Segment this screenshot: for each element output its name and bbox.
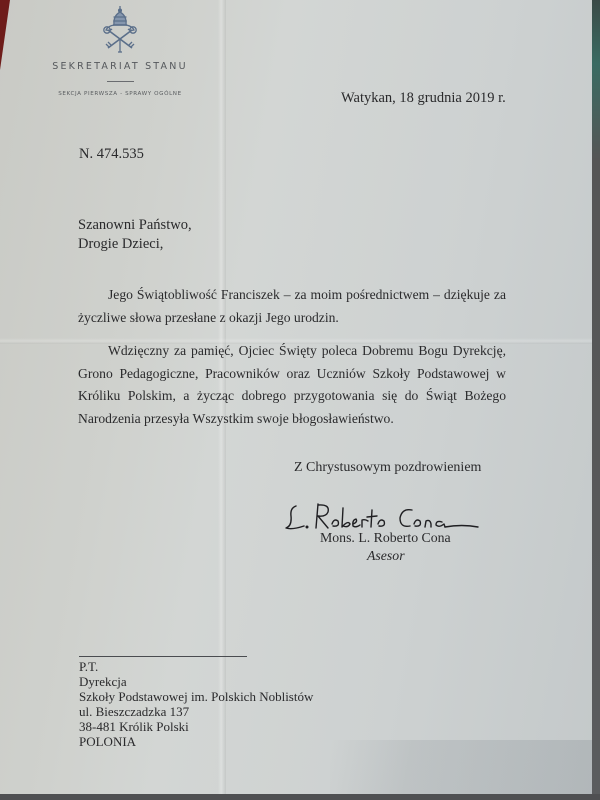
background-right-edge	[592, 0, 600, 800]
address-line: POLONIA	[79, 734, 313, 749]
address-line: ul. Bieszczadzka 137	[79, 704, 313, 719]
body-paragraph-1: Jego Świątobliwość Franciszek – za moim …	[78, 284, 506, 329]
address-line: Szkoły Podstawowej im. Polskich Noblistó…	[79, 689, 313, 704]
address-line: P.T.	[79, 659, 313, 674]
papal-tiara-crossed-keys-icon	[98, 4, 142, 54]
salutation-line-1: Szanowni Państwo,	[78, 216, 192, 235]
letter-paper: SEKRETARIAT STANU SEKCJA PIERWSZA - SPRA…	[0, 0, 592, 795]
closing-phrase: Z Chrystusowym pozdrowieniem	[294, 460, 481, 476]
address-line: 38-481 Królik Polski	[79, 719, 313, 734]
letterhead: SEKRETARIAT STANU SEKCJA PIERWSZA - SPRA…	[30, 4, 210, 97]
address-line: Dyrekcja	[79, 674, 313, 689]
reference-number: N. 474.535	[79, 146, 144, 163]
letterhead-divider	[107, 81, 134, 82]
paragraph-1-text: Jego Świątobliwość Franciszek – za moim …	[78, 287, 506, 325]
paragraph-2-text: Wdzięczny za pamięć, Ojciec Święty polec…	[78, 343, 506, 426]
address-divider	[79, 656, 247, 657]
background-bottom-edge	[0, 794, 600, 800]
department-name: SEKRETARIAT STANU	[30, 61, 210, 72]
signer-title: Asesor	[367, 548, 405, 564]
salutation: Szanowni Państwo, Drogie Dzieci,	[78, 216, 192, 254]
shadow-region	[330, 740, 592, 795]
section-name: SEKCJA PIERWSZA - SPRAWY OGÓLNE	[30, 91, 210, 97]
salutation-line-2: Drogie Dzieci,	[78, 235, 192, 254]
signer-name: Mons. L. Roberto Cona	[320, 530, 451, 546]
recipient-address: P.T. Dyrekcja Szkoły Podstawowej im. Pol…	[79, 659, 313, 749]
body-paragraph-2: Wdzięczny za pamięć, Ojciec Święty polec…	[78, 340, 506, 430]
letter-date: Watykan, 18 grudnia 2019 r.	[341, 90, 506, 107]
background-red-corner	[0, 0, 10, 70]
